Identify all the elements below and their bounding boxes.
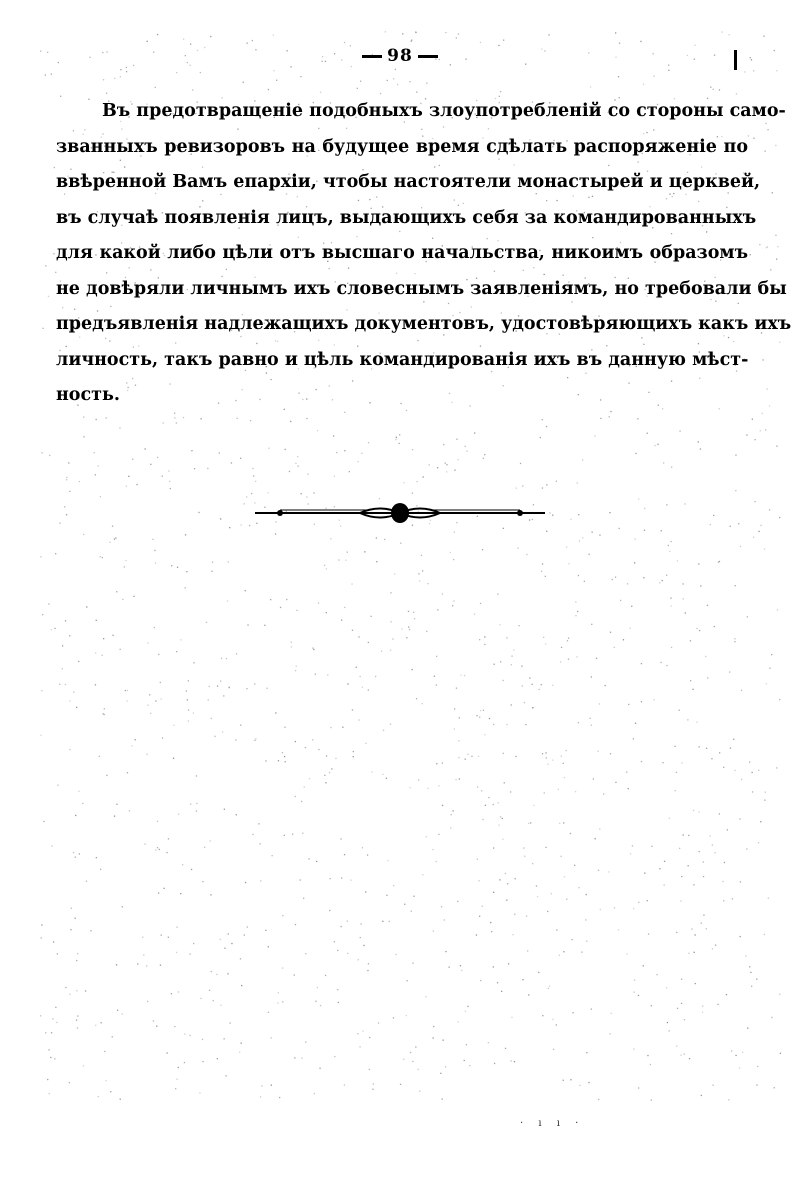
section-divider-ornament (250, 498, 550, 526)
paragraph-line: личность, такъ равно и цѣль командирован… (56, 343, 748, 379)
footer-marks: · ı ı · (520, 1118, 584, 1129)
paragraph: Въ предотвращеніе подобныхъ злоупотребле… (56, 94, 748, 414)
paragraph-line: Въ предотвращеніе подобныхъ злоупотребле… (56, 94, 748, 130)
dash-right (418, 55, 438, 58)
page-number: 98 (0, 46, 800, 66)
paragraph-line: для какой либо цѣли отъ высшаго начальст… (56, 236, 748, 272)
paragraph-line: въ случаѣ появленія лицъ, выдающихъ себя… (56, 201, 748, 237)
paragraph-line: ность. (56, 378, 748, 414)
margin-mark (734, 50, 737, 70)
paragraph-line: предъявленія надлежащихъ документовъ, уд… (56, 307, 748, 343)
page-number-text: 98 (387, 46, 413, 66)
paragraph-line: ввѣренной Вамъ епархіи, чтобы настоятели… (56, 165, 748, 201)
paragraph-line: званныхъ ревизоровъ на будущее время сдѣ… (56, 130, 748, 166)
paragraph-line: не довѣряли личнымъ ихъ словеснымъ заявл… (56, 272, 748, 308)
dash-left (362, 55, 382, 58)
